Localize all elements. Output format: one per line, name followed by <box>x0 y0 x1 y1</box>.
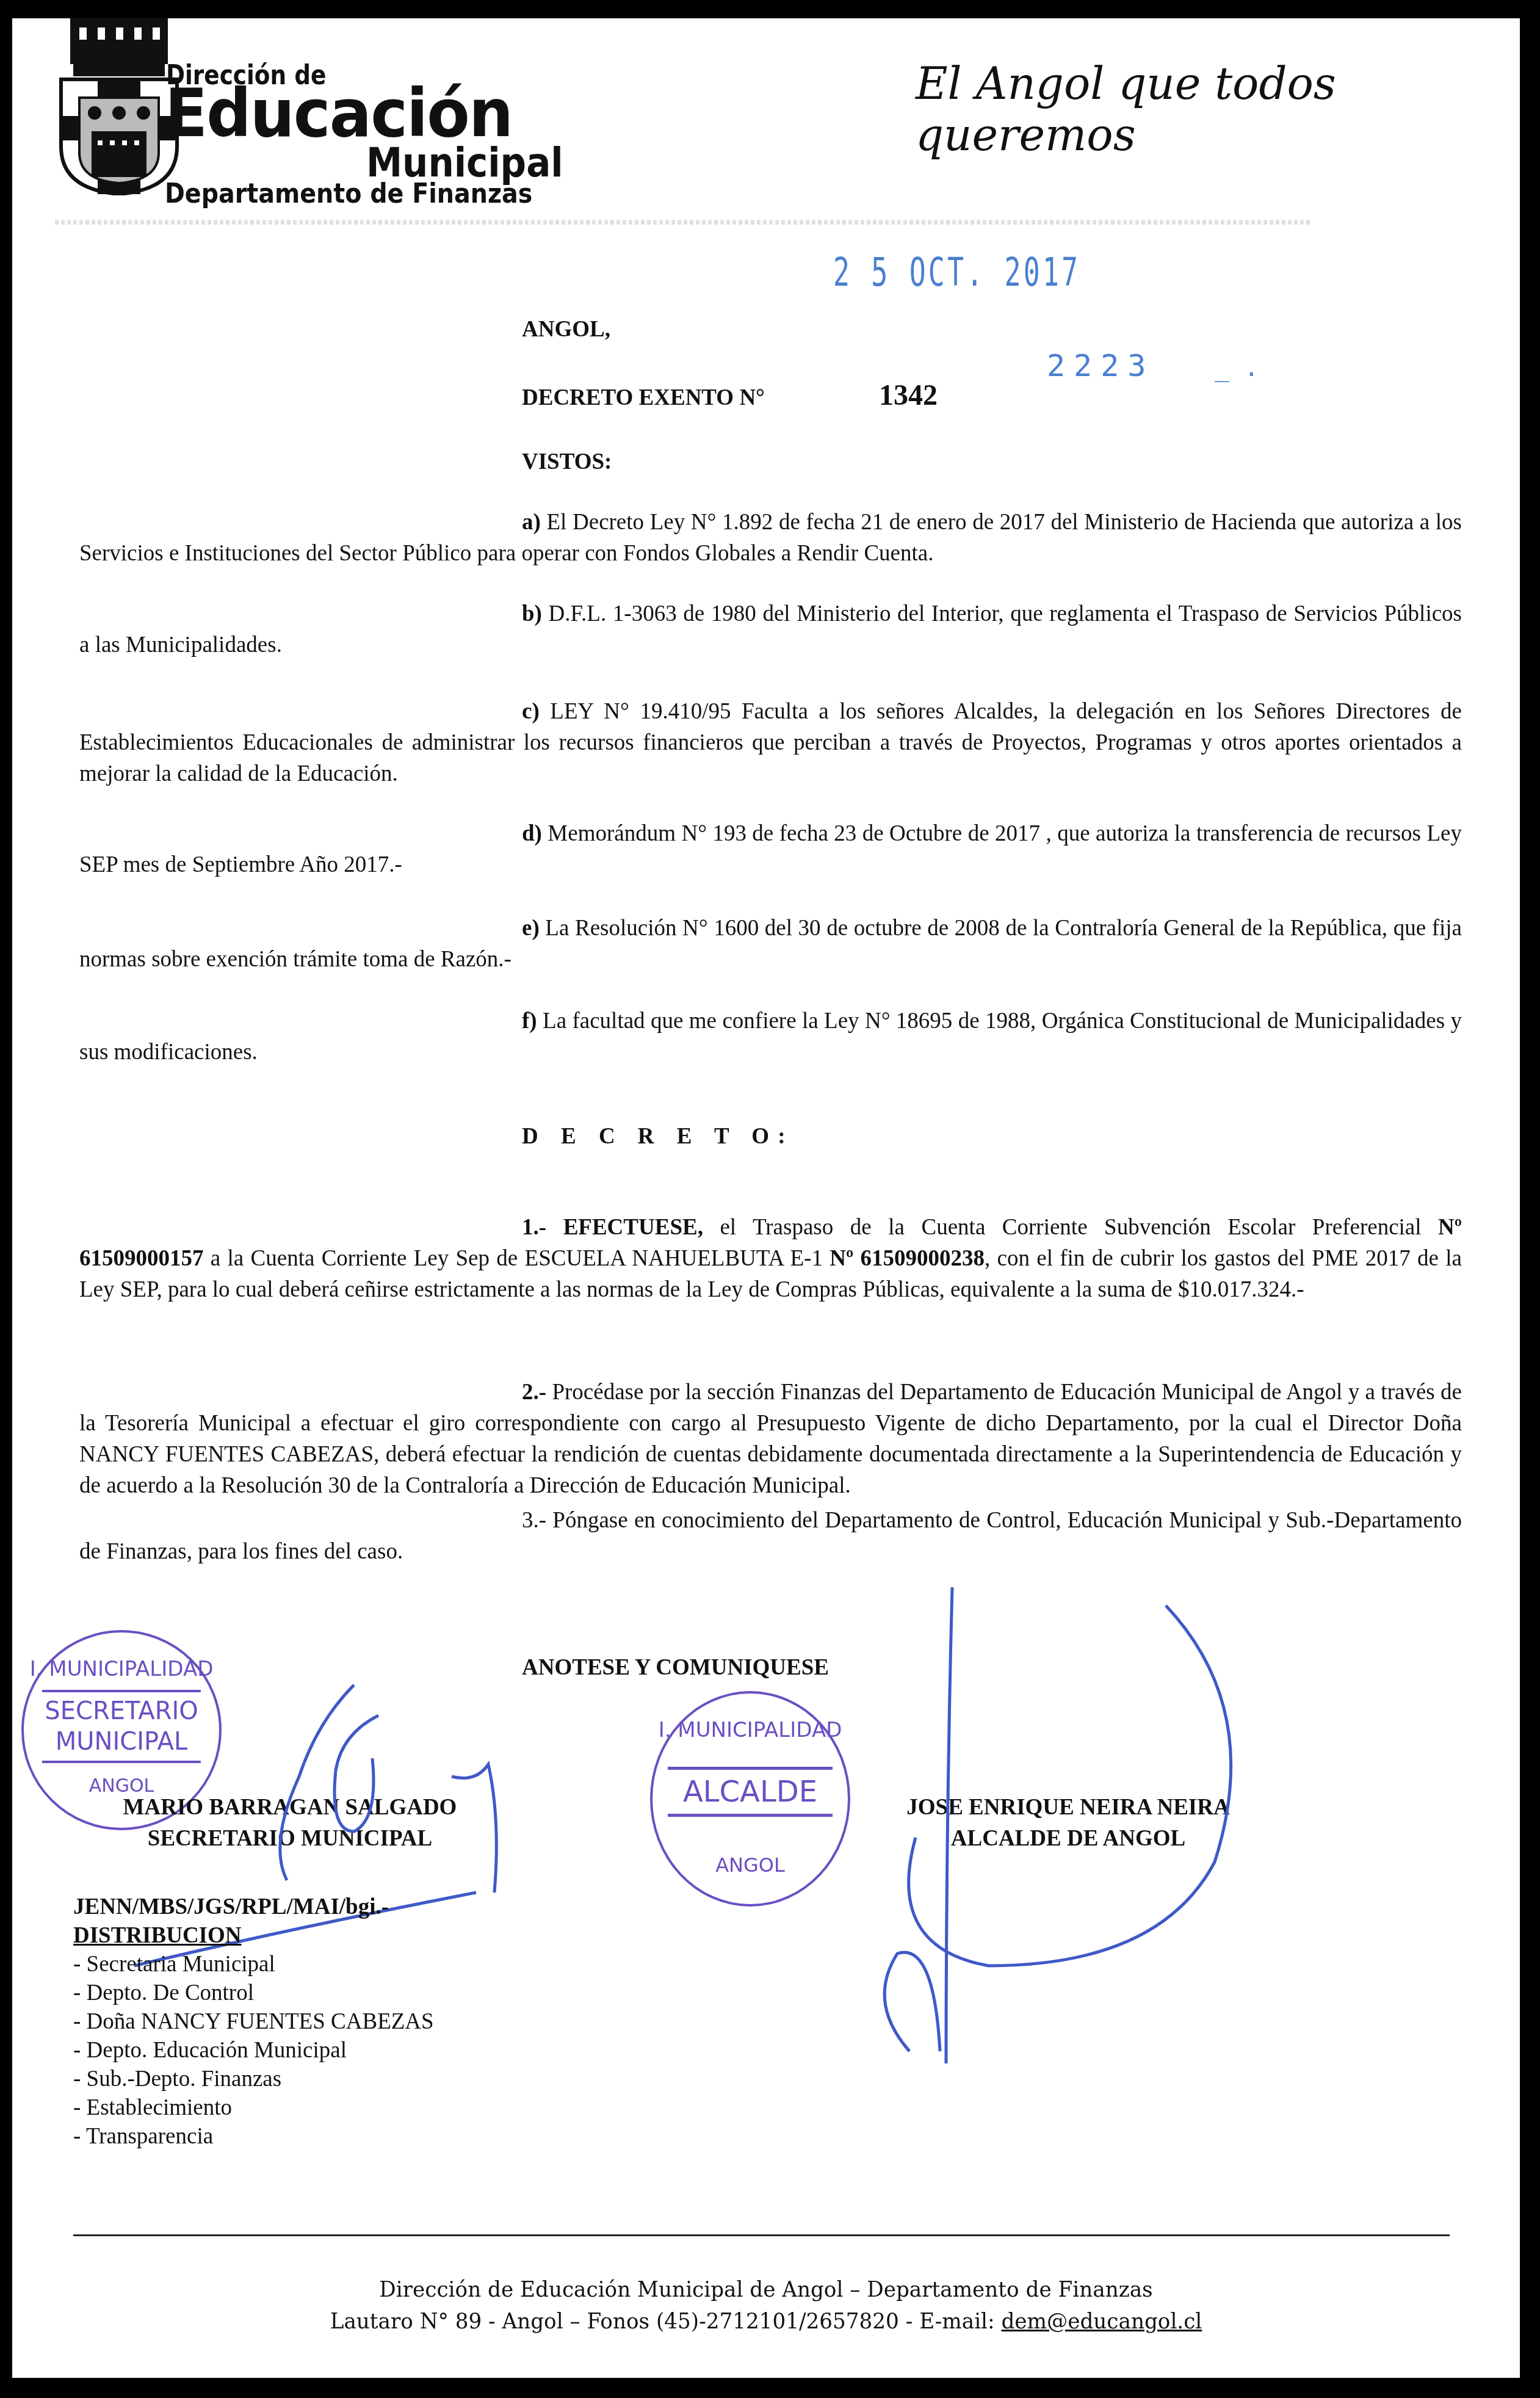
distribution-item: - Doña NANCY FUENTES CABEZAS <box>73 2007 434 2036</box>
letterhead-department: Departamento de Finanzas <box>165 178 532 209</box>
footer-line-2: Lautaro N° 89 - Angol – Fonos (45)-27121… <box>50 2309 1483 2334</box>
distribution-item: - Transparencia <box>73 2122 434 2151</box>
decree-label: DECRETO EXENTO N° <box>522 385 765 411</box>
distribution-block: JENN/MBS/JGS/RPL/MAI/bgi.- DISTRIBUCION … <box>73 1893 434 2151</box>
decree-number: 1342 <box>879 379 938 412</box>
visto-c: c) LEY N° 19.410/95 Faculta a los señore… <box>79 696 1462 789</box>
visto-b: b) D.F.L. 1-3063 de 1980 del Ministerio … <box>79 598 1462 661</box>
article-3: 3.- Póngase en conocimiento del Departam… <box>79 1505 1462 1567</box>
article-2: 2.- Procédase por la sección Finanzas de… <box>79 1377 1462 1501</box>
decreto-heading: D E C R E T O: <box>522 1123 793 1150</box>
distribution-item: - Depto. Educación Municipal <box>73 2036 434 2065</box>
letterhead-divider <box>55 220 1312 225</box>
footer-divider <box>73 2234 1450 2236</box>
distribution-item: - Establecimiento <box>73 2093 434 2122</box>
distribution-title: DISTRIBUCION <box>73 1921 434 1950</box>
distribution-item: - Secretaria Municipal <box>73 1950 434 1979</box>
visto-a: a) El Decreto Ley N° 1.892 de fecha 21 d… <box>79 507 1462 569</box>
initials: JENN/MBS/JGS/RPL/MAI/bgi.- <box>73 1893 434 1921</box>
footer-line-1: Dirección de Educación Municipal de Ango… <box>50 2277 1483 2302</box>
slogan: El Angol que todos queremos <box>916 58 1520 161</box>
distribution-item: - Sub.-Depto. Finanzas <box>73 2065 434 2093</box>
email-link[interactable]: dem@educangol.cl <box>1001 2309 1202 2334</box>
distribution-item: - Depto. De Control <box>73 1979 434 2007</box>
vistos-label: VISTOS: <box>522 449 612 475</box>
received-date-stamp: 2 5 OCT. 2017 <box>833 250 1080 295</box>
article-1: 1.- EFECTUESE, el Traspaso de la Cuenta … <box>79 1212 1462 1305</box>
registry-number-stamp: 2223 <box>1047 348 1154 383</box>
visto-f: f) La facultad que me confiere la Ley N°… <box>79 1005 1462 1068</box>
registry-mark: _ . <box>1215 354 1259 382</box>
document-page: Dirección de Educación Municipal Departa… <box>12 18 1520 2378</box>
city-label: ANGOL, <box>522 316 610 342</box>
visto-e: e) La Resolución N° 1600 del 30 de octub… <box>79 913 1462 975</box>
visto-d: d) Memorándum N° 193 de fecha 23 de Octu… <box>79 818 1462 880</box>
